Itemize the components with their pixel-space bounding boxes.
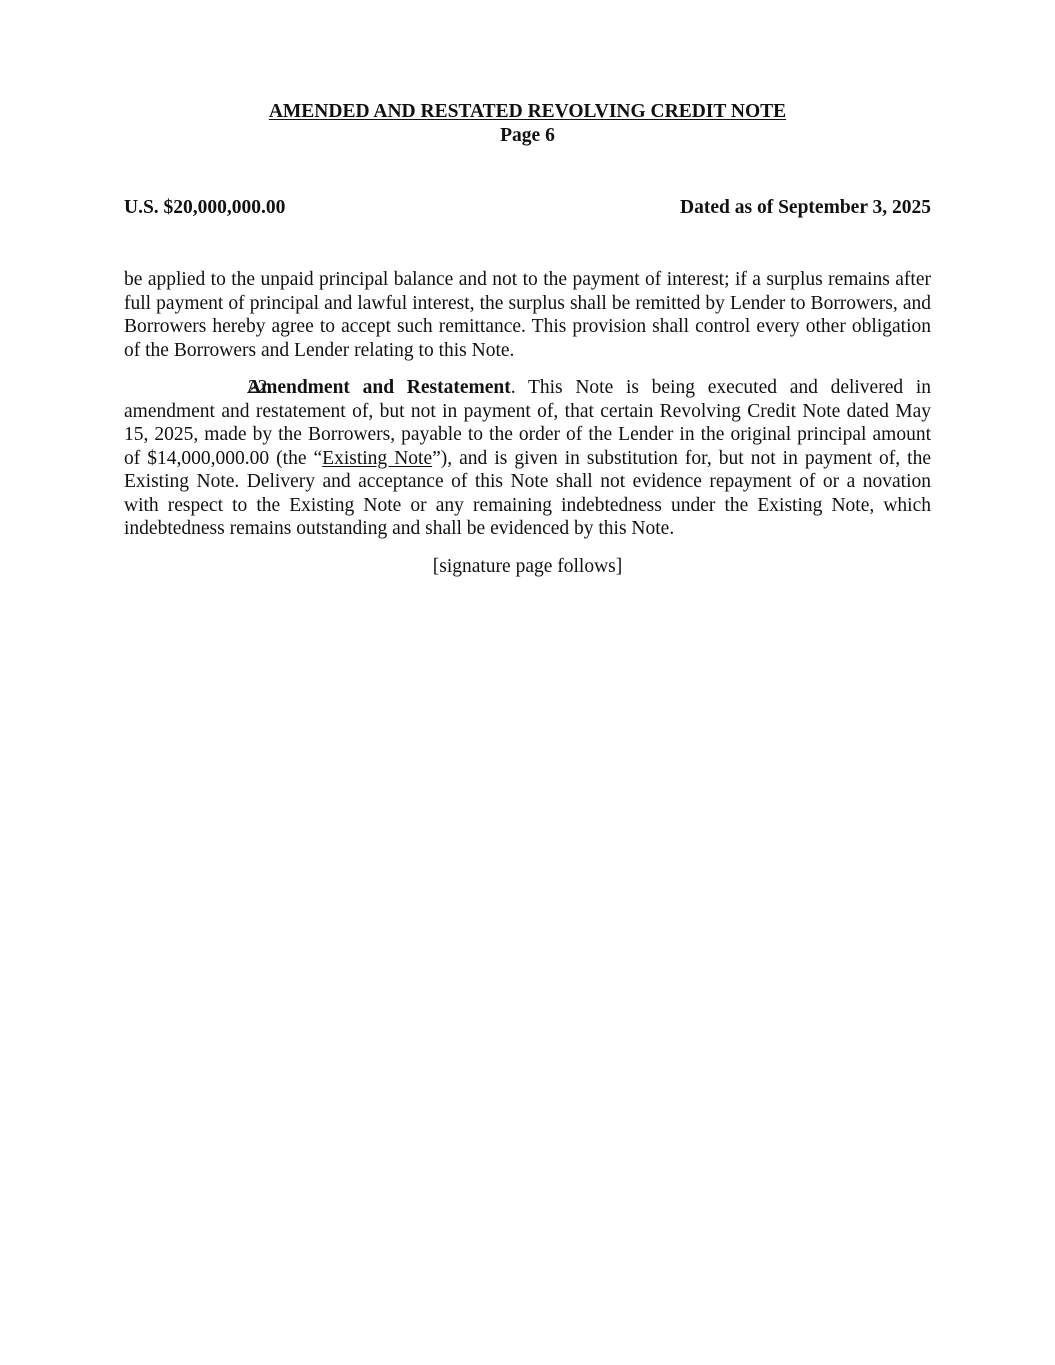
section-heading: Amendment and Restatement [247, 377, 511, 398]
defined-term-existing-note: Existing Note [322, 448, 432, 469]
document-title: AMENDED AND RESTATED REVOLVING CREDIT NO… [124, 100, 931, 124]
note-header-row: U.S. $20,000,000.00 Dated as of Septembe… [124, 196, 931, 220]
paragraph-continuation: be applied to the unpaid principal balan… [124, 268, 931, 362]
principal-amount: U.S. $20,000,000.00 [124, 196, 285, 220]
section-22-paragraph: 22.Amendment and Restatement. This Note … [124, 376, 931, 541]
signature-page-notice: [signature page follows] [124, 555, 931, 579]
page-label: Page 6 [124, 124, 931, 148]
section-number: 22. [186, 376, 247, 400]
document-title-text: AMENDED AND RESTATED REVOLVING CREDIT NO… [269, 101, 786, 122]
document-page: AMENDED AND RESTATED REVOLVING CREDIT NO… [124, 100, 931, 598]
note-date: Dated as of September 3, 2025 [680, 196, 931, 220]
